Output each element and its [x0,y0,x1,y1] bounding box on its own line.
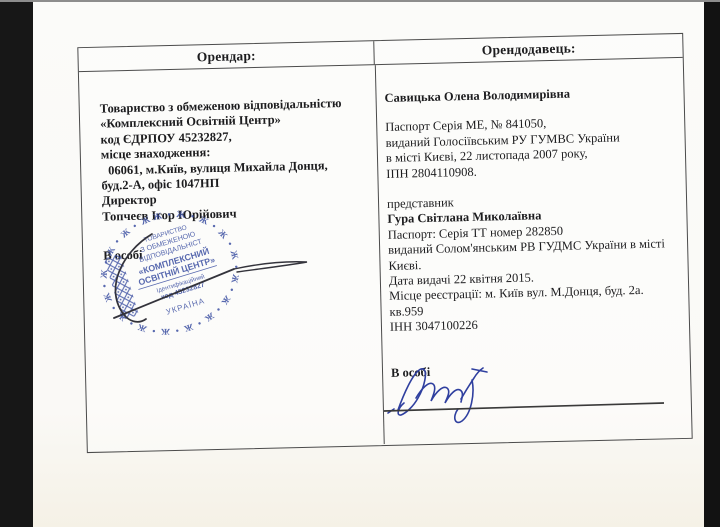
in-person-label-right: В особі [391,359,682,381]
contract-parties-table: Орендар: Орендодавець: Товариство з обме… [77,33,692,453]
in-person-label-left: В особі [103,243,371,265]
scan-edge-left [0,0,33,527]
scan-edge-top [0,0,720,2]
table-body-row: Товариство з обмеженою відповідальністю … [79,58,692,451]
scan-edge-right [704,0,720,527]
lessee-details-cell: Товариство з обмеженою відповідальністю … [79,65,384,451]
lessor-details-cell: Савицька Олена Володимирівна Паспорт Сер… [375,58,692,444]
lessor-name: Савицька Олена Володимирівна [384,84,675,106]
